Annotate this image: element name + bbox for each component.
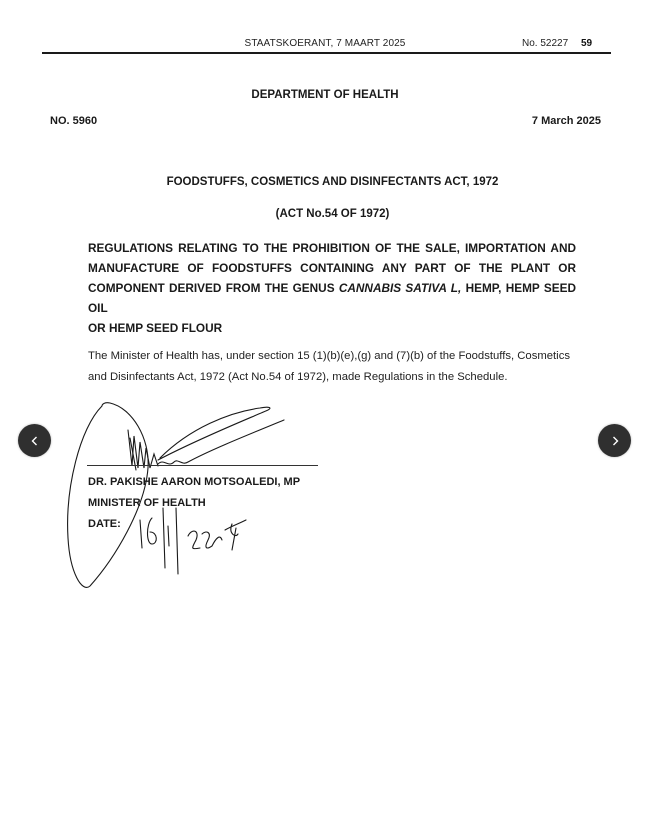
header-divider [42, 52, 611, 54]
previous-page-button[interactable] [18, 424, 51, 457]
regulations-title-line: REGULATIONS RELATING TO THE PROHIBITION … [88, 238, 576, 258]
signatory-name: DR. PAKISHE AARON MOTSOALEDI, MP [88, 476, 300, 488]
chevron-right-icon [609, 435, 621, 447]
act-title: FOODSTUFFS, COSMETICS AND DISINFECTANTS … [0, 176, 650, 188]
body-paragraph: The Minister of Health has, under sectio… [88, 346, 578, 387]
signatory-title: MINISTER OF HEALTH [88, 497, 206, 509]
act-number: (ACT No.54 OF 1972) [0, 208, 650, 220]
notice-date: 7 March 2025 [532, 115, 601, 127]
species-name: CANNABIS SATIVA L, [339, 281, 461, 295]
regulations-title: REGULATIONS RELATING TO THE PROHIBITION … [88, 238, 576, 338]
regulations-title-line: COMPONENT DERIVED FROM THE GENUS CANNABI… [88, 278, 576, 318]
signature-line [87, 465, 318, 466]
notice-number: NO. 5960 [50, 115, 97, 127]
signature-date-label: DATE: [88, 518, 121, 530]
gazette-page-number: 59 [581, 38, 592, 49]
chevron-left-icon [29, 435, 41, 447]
department-heading: DEPARTMENT OF HEALTH [0, 89, 650, 101]
gazette-issue-number: No. 52227 [522, 38, 568, 49]
regulations-title-line: OR HEMP SEED FLOUR [88, 318, 576, 338]
next-page-button[interactable] [598, 424, 631, 457]
regulations-title-line: MANUFACTURE OF FOODSTUFFS CONTAINING ANY… [88, 258, 576, 278]
